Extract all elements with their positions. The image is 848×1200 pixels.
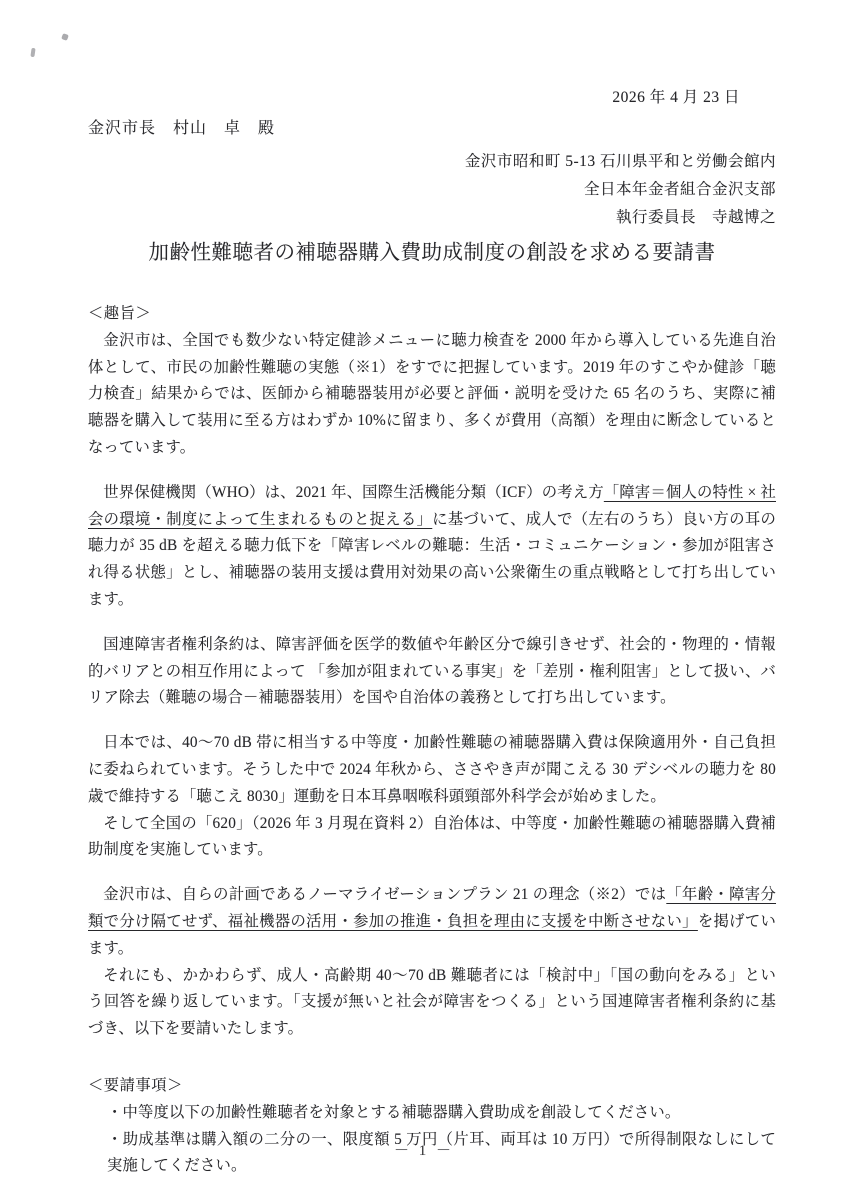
sender-organization: 全日本年金者組合金沢支部: [88, 176, 776, 204]
paragraph: それにも、かかわらず、成人・高齢期 40～70 dB 難聴者には「検討中」「国の…: [88, 963, 776, 1043]
sender-block: 金沢市昭和町 5-13 石川県平和と労働会館内 全日本年金者組合金沢支部 執行委…: [88, 148, 776, 232]
text-segment: それにも、かかわらず、成人・高齢期 40～70 dB 難聴者には「検討中」「国の…: [88, 967, 776, 1038]
recipient-line: 金沢市長 村山 卓 殿: [88, 118, 776, 140]
scan-artifact: [61, 33, 69, 41]
scanned-letter-page: 2026 年 4 月 23 日 金沢市長 村山 卓 殿 金沢市昭和町 5-13 …: [0, 0, 848, 1200]
document-title: 加齢性難聴者の補聴器購入費助成制度の創設を求める要請書: [88, 238, 776, 268]
text-segment: 金沢市は、全国でも数少ない特定健診メニューに聴力検査を 2000 年から導入して…: [88, 332, 776, 456]
paragraph: 世界保健機関（WHO）は、2021 年、国際生活機能分類（ICF）の考え方「障害…: [88, 480, 776, 614]
paragraph: 金沢市は、全国でも数少ない特定健診メニューに聴力検査を 2000 年から導入して…: [88, 328, 776, 462]
text-segment: 世界保健機関（WHO）は、2021 年、国際生活機能分類（ICF）の考え方: [103, 484, 604, 501]
section-heading: ＜趣旨＞: [88, 301, 776, 328]
sender-address: 金沢市昭和町 5-13 石川県平和と労働会館内: [88, 148, 776, 176]
text-segment: 国連障害者権利条約は、障害評価を医学的数値や年齢区分で線引きせず、社会的・物理的…: [88, 636, 776, 707]
text-segment: そして全国の「620」（2026 年 3 月現在資料 2）自治体は、中等度・加齢…: [88, 815, 776, 859]
section-heading: ＜要請事項＞: [88, 1073, 776, 1100]
paragraph: 金沢市は、自らの計画であるノーマライゼーションプラン 21 の理念（※2）では「…: [88, 882, 776, 962]
document-body: ＜趣旨＞金沢市は、全国でも数少ない特定健診メニューに聴力検査を 2000 年から…: [88, 301, 776, 1180]
paragraph: 国連障害者権利条約は、障害評価を医学的数値や年齢区分で線引きせず、社会的・物理的…: [88, 632, 776, 712]
text-segment: 金沢市は、自らの計画であるノーマライゼーションプラン 21 の理念（※2）では: [103, 886, 666, 903]
scan-artifact: [30, 48, 35, 57]
text-segment: 日本では、40～70 dB 帯に相当する中等度・加齢性難聴の補聴器購入費は保険適…: [88, 734, 776, 805]
document-date: 2026 年 4 月 23 日: [88, 88, 776, 108]
text-segment: ・中等度以下の加齢性難聴者を対象とする補聴器購入費助成を創設してください。: [107, 1104, 680, 1121]
paragraph: 日本では、40～70 dB 帯に相当する中等度・加齢性難聴の補聴器購入費は保険適…: [88, 730, 776, 810]
page-number: － 1 －: [0, 1139, 848, 1160]
paragraph: そして全国の「620」（2026 年 3 月現在資料 2）自治体は、中等度・加齢…: [88, 811, 776, 865]
sender-signer: 執行委員長 寺越博之: [88, 204, 776, 232]
paragraph: ・中等度以下の加齢性難聴者を対象とする補聴器購入費助成を創設してください。: [107, 1100, 776, 1127]
